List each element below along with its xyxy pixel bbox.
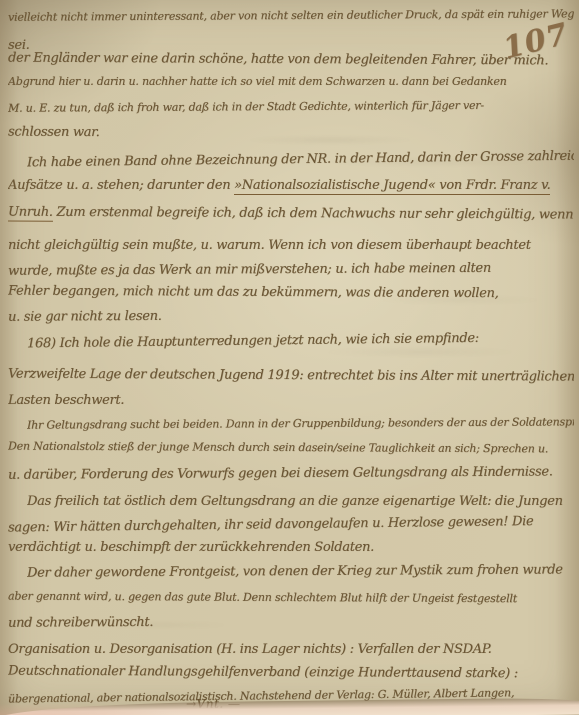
text-line: aber genannt wird, u. gegen das gute Blu… (8, 587, 574, 610)
text-line: Deutschnationaler Handlungsgehilfenverba… (8, 662, 574, 685)
text-segment: Fehler begangen, mich nicht um das zu be… (8, 284, 499, 302)
text-segment: Ich habe einen Band ohne Bezeichnung der… (27, 148, 574, 170)
text-segment: Verzweifelte Lage der deutschen Jugend 1… (8, 367, 574, 385)
text-segment: Lasten beschwert. (8, 393, 124, 408)
text-segment: Das freilich tat östlich dem Geltungsdra… (27, 494, 563, 509)
text-segment: und schreiberwünscht. (8, 615, 153, 631)
text-segment: der Engländer war eine darin schöne, hat… (8, 51, 548, 69)
text-segment: M. u. E. zu tun, daß ich froh war, daß i… (8, 99, 484, 115)
underlined-title: »Nationalsozialistische Jugend« von Frdr… (234, 178, 550, 195)
text-segment: verdächtigt u. beschimpft der zurückkehr… (8, 540, 374, 555)
text-line: schlossen war. (8, 123, 574, 146)
text-segment: vielleicht nicht immer uninteressant, ab… (8, 7, 574, 23)
text-line: Den Nationalstolz stieß der junge Mensch… (8, 437, 574, 460)
text-segment: aber genannt wird, u. gegen das gute Blu… (8, 590, 517, 606)
text-line: Lasten beschwert. (8, 391, 574, 411)
text-segment: Zum erstenmal begreife ich, daß ich dem … (53, 205, 574, 223)
entry-number: 168) (27, 336, 60, 351)
text-segment: Deutschnationaler Handlungsgehilfenverba… (8, 664, 518, 682)
text-line: verdächtigt u. beschimpft der zurückkehr… (8, 538, 574, 558)
text-segment: Ihr Geltungsdrang sucht bei beiden. Dann… (27, 415, 574, 432)
text-line: u. sie gar nicht zu lesen. (8, 304, 574, 327)
text-segment: Aufsätze u. a. stehen; darunter den (8, 178, 234, 193)
text-line: der Engländer war eine darin schöne, hat… (8, 49, 574, 72)
text-line: 168) Ich hole die Hauptunterredungen jet… (27, 328, 574, 355)
text-segment: u. sie gar nicht zu lesen. (8, 309, 162, 325)
handwritten-text-block: vielleicht nicht immer uninteressant, ab… (0, 0, 579, 715)
text-segment: sagen: Wir hätten durchgehalten, ihr sei… (8, 514, 533, 535)
text-line: u. darüber, Forderung des Vorwurfs gegen… (8, 462, 574, 485)
text-line: Abgrund hier u. darin u. nachher hatte i… (8, 72, 574, 92)
text-line: Verzweifelte Lage der deutschen Jugend 1… (8, 365, 574, 388)
text-segment: wurde, mußte es ja das Werk an mir mißve… (8, 261, 491, 279)
text-segment: Ich hole die Hauptunterredungen jetzt na… (59, 331, 478, 351)
text-segment: Organisation u. Desorganisation (H. ins … (8, 642, 491, 657)
text-line: Organisation u. Desorganisation (H. ins … (8, 640, 574, 660)
text-line: und schreiberwünscht. (8, 610, 574, 633)
text-line: wurde, mußte es ja das Werk an mir mißve… (8, 258, 574, 281)
underlined-title: Unruh. (8, 205, 53, 222)
manuscript-page: vielleicht nicht immer uninteressant, ab… (0, 0, 579, 715)
text-line: M. u. E. zu tun, daß ich froh war, daß i… (8, 95, 574, 118)
text-line: Das freilich tat östlich dem Geltungsdra… (27, 492, 574, 512)
text-line: Der daher gewordene Frontgeist, von dene… (27, 560, 574, 583)
text-line: Aufsätze u. a. stehen; darunter den »Nat… (8, 176, 574, 196)
text-segment: schlossen war. (8, 125, 100, 140)
text-segment: nicht gleichgültig sein mußte, u. warum.… (8, 238, 531, 253)
text-line: Unruh. Zum erstenmal begreife ich, daß i… (8, 203, 574, 226)
text-segment: Den Nationalstolz stieß der junge Mensch… (8, 440, 548, 456)
text-line: sagen: Wir hätten durchgehalten, ihr sei… (8, 512, 574, 539)
text-segment: u. darüber, Forderung des Vorwurfs gegen… (8, 464, 553, 482)
text-line: Fehler begangen, mich nicht um das zu be… (8, 282, 574, 305)
text-line: Ich habe einen Band ohne Bezeichnung der… (27, 147, 574, 174)
text-segment: Der daher gewordene Frontgeist, von dene… (27, 562, 563, 580)
text-line: vielleicht nicht immer uninteressant, ab… (8, 4, 574, 27)
text-line: Ihr Geltungsdrang sucht bei beiden. Dann… (27, 412, 574, 435)
text-segment: Abgrund hier u. darin u. nachher hatte i… (8, 75, 507, 88)
text-line: nicht gleichgültig sein mußte, u. warum.… (8, 236, 574, 256)
